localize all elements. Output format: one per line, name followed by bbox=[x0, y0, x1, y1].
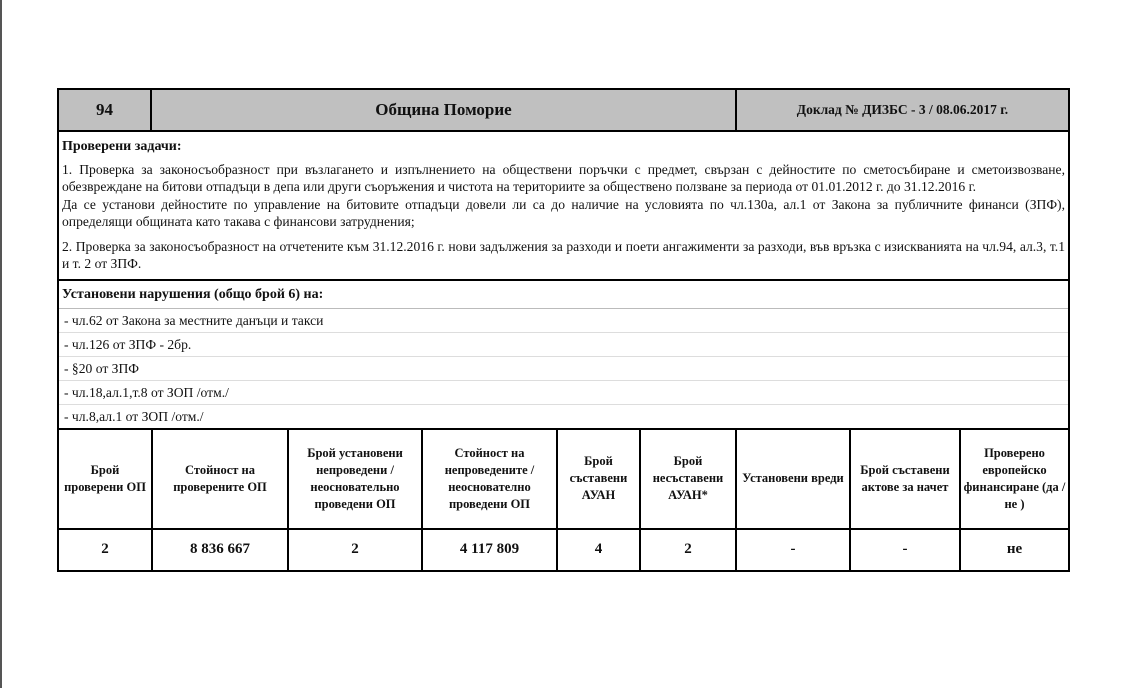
table-cell: 2 bbox=[59, 529, 152, 570]
table-header-row: Брой проверени ОП Стойност на проверенит… bbox=[59, 430, 1068, 529]
table-cell: - bbox=[736, 529, 850, 570]
report-reference: Доклад № ДИЗБС - 3 / 08.06.2017 г. bbox=[737, 90, 1068, 130]
tasks-section: Проверени задачи: 1. Проверка за законос… bbox=[59, 132, 1068, 281]
violation-item: - чл.18,ал.1,т.8 от ЗОП /отм./ bbox=[59, 380, 1068, 404]
column-header: Брой установени непроведени / неосновате… bbox=[288, 430, 422, 529]
column-header: Установени вреди bbox=[736, 430, 850, 529]
violation-item: - чл.62 от Закона за местните данъци и т… bbox=[59, 309, 1068, 332]
violation-item: - §20 от ЗПФ bbox=[59, 356, 1068, 380]
table-cell: 2 bbox=[640, 529, 736, 570]
report-header: 94 Община Поморие Доклад № ДИЗБС - 3 / 0… bbox=[59, 90, 1068, 132]
task-1: 1. Проверка за законосъобразност при въз… bbox=[62, 161, 1065, 196]
table-cell: - bbox=[850, 529, 960, 570]
violation-item: - чл.126 от ЗПФ - 2бр. bbox=[59, 332, 1068, 356]
table-cell: 4 bbox=[557, 529, 640, 570]
table-cell: 4 117 809 bbox=[422, 529, 557, 570]
column-header: Брой проверени ОП bbox=[59, 430, 152, 529]
page-edge bbox=[0, 0, 2, 688]
municipality-name: Община Поморие bbox=[152, 90, 737, 130]
table-cell: 8 836 667 bbox=[152, 529, 288, 570]
table-row: 2 8 836 667 2 4 117 809 4 2 - - не bbox=[59, 529, 1068, 570]
violations-title: Установени нарушения (общо брой 6) на: bbox=[59, 281, 1068, 309]
task-2: 2. Проверка за законосъобразност на отче… bbox=[62, 238, 1065, 273]
summary-table: Брой проверени ОП Стойност на проверенит… bbox=[59, 430, 1068, 570]
column-header: Брой съставени АУАН bbox=[557, 430, 640, 529]
column-header: Проверено европейско финансиране (да / н… bbox=[960, 430, 1068, 529]
column-header: Стойност на непроведените / неоснователн… bbox=[422, 430, 557, 529]
entry-number: 94 bbox=[59, 90, 152, 130]
column-header: Брой несъставени АУАН* bbox=[640, 430, 736, 529]
table-cell: не bbox=[960, 529, 1068, 570]
task-1-extra: Да се установи дейностите по управление … bbox=[62, 196, 1065, 231]
table-cell: 2 bbox=[288, 529, 422, 570]
tasks-title: Проверени задачи: bbox=[62, 138, 1065, 156]
violation-item: - чл.8,ал.1 от ЗОП /отм./ bbox=[59, 404, 1068, 428]
report-card: 94 Община Поморие Доклад № ДИЗБС - 3 / 0… bbox=[57, 88, 1070, 572]
column-header: Стойност на проверените ОП bbox=[152, 430, 288, 529]
violations-section: Установени нарушения (общо брой 6) на: -… bbox=[59, 281, 1068, 430]
column-header: Брой съставени актове за начет bbox=[850, 430, 960, 529]
